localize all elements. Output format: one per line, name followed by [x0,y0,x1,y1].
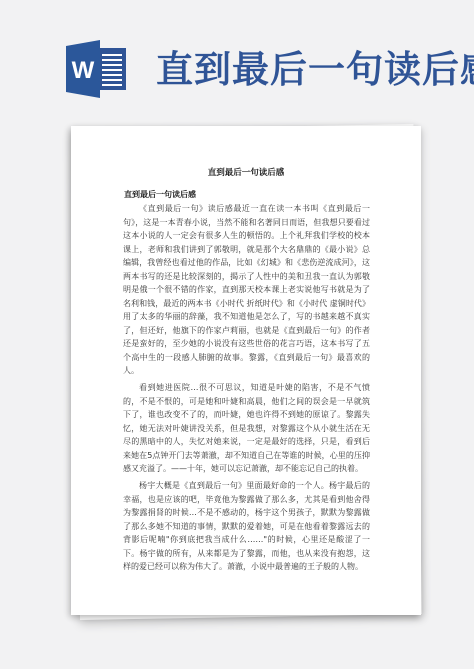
svg-text:W: W [72,57,95,84]
document-body: 《直到最后一句》读后感最近一直在读一本书叫《直到最后一句》，这是一本青春小说，当… [123,202,370,577]
document-subtitle: 直到最后一句读后感 [124,189,196,200]
document-title: 直到最后一句读后感 [71,166,421,178]
word-icon: W [64,40,128,98]
banner: W 直到最后一句读后感 [0,0,474,122]
paragraph: 杨宇大概是《直到最后一句》里面最好命的一个人。杨宇最后的幸福，也是应该的吧，毕竟… [123,479,370,574]
document-page: 直到最后一句读后感 直到最后一句读后感 《直到最后一句》读后感最近一直在读一本书… [71,126,421,615]
paragraph: 看到她进医院…很不可思议，知道是叶婕的陷害，不是不气愤的，不是不恨的，可是她和叶… [123,381,370,476]
banner-title: 直到最后一句读后感 [156,46,474,92]
paragraph: 《直到最后一句》读后感最近一直在读一本书叫《直到最后一句》，这是一本青春小说，当… [123,202,370,378]
